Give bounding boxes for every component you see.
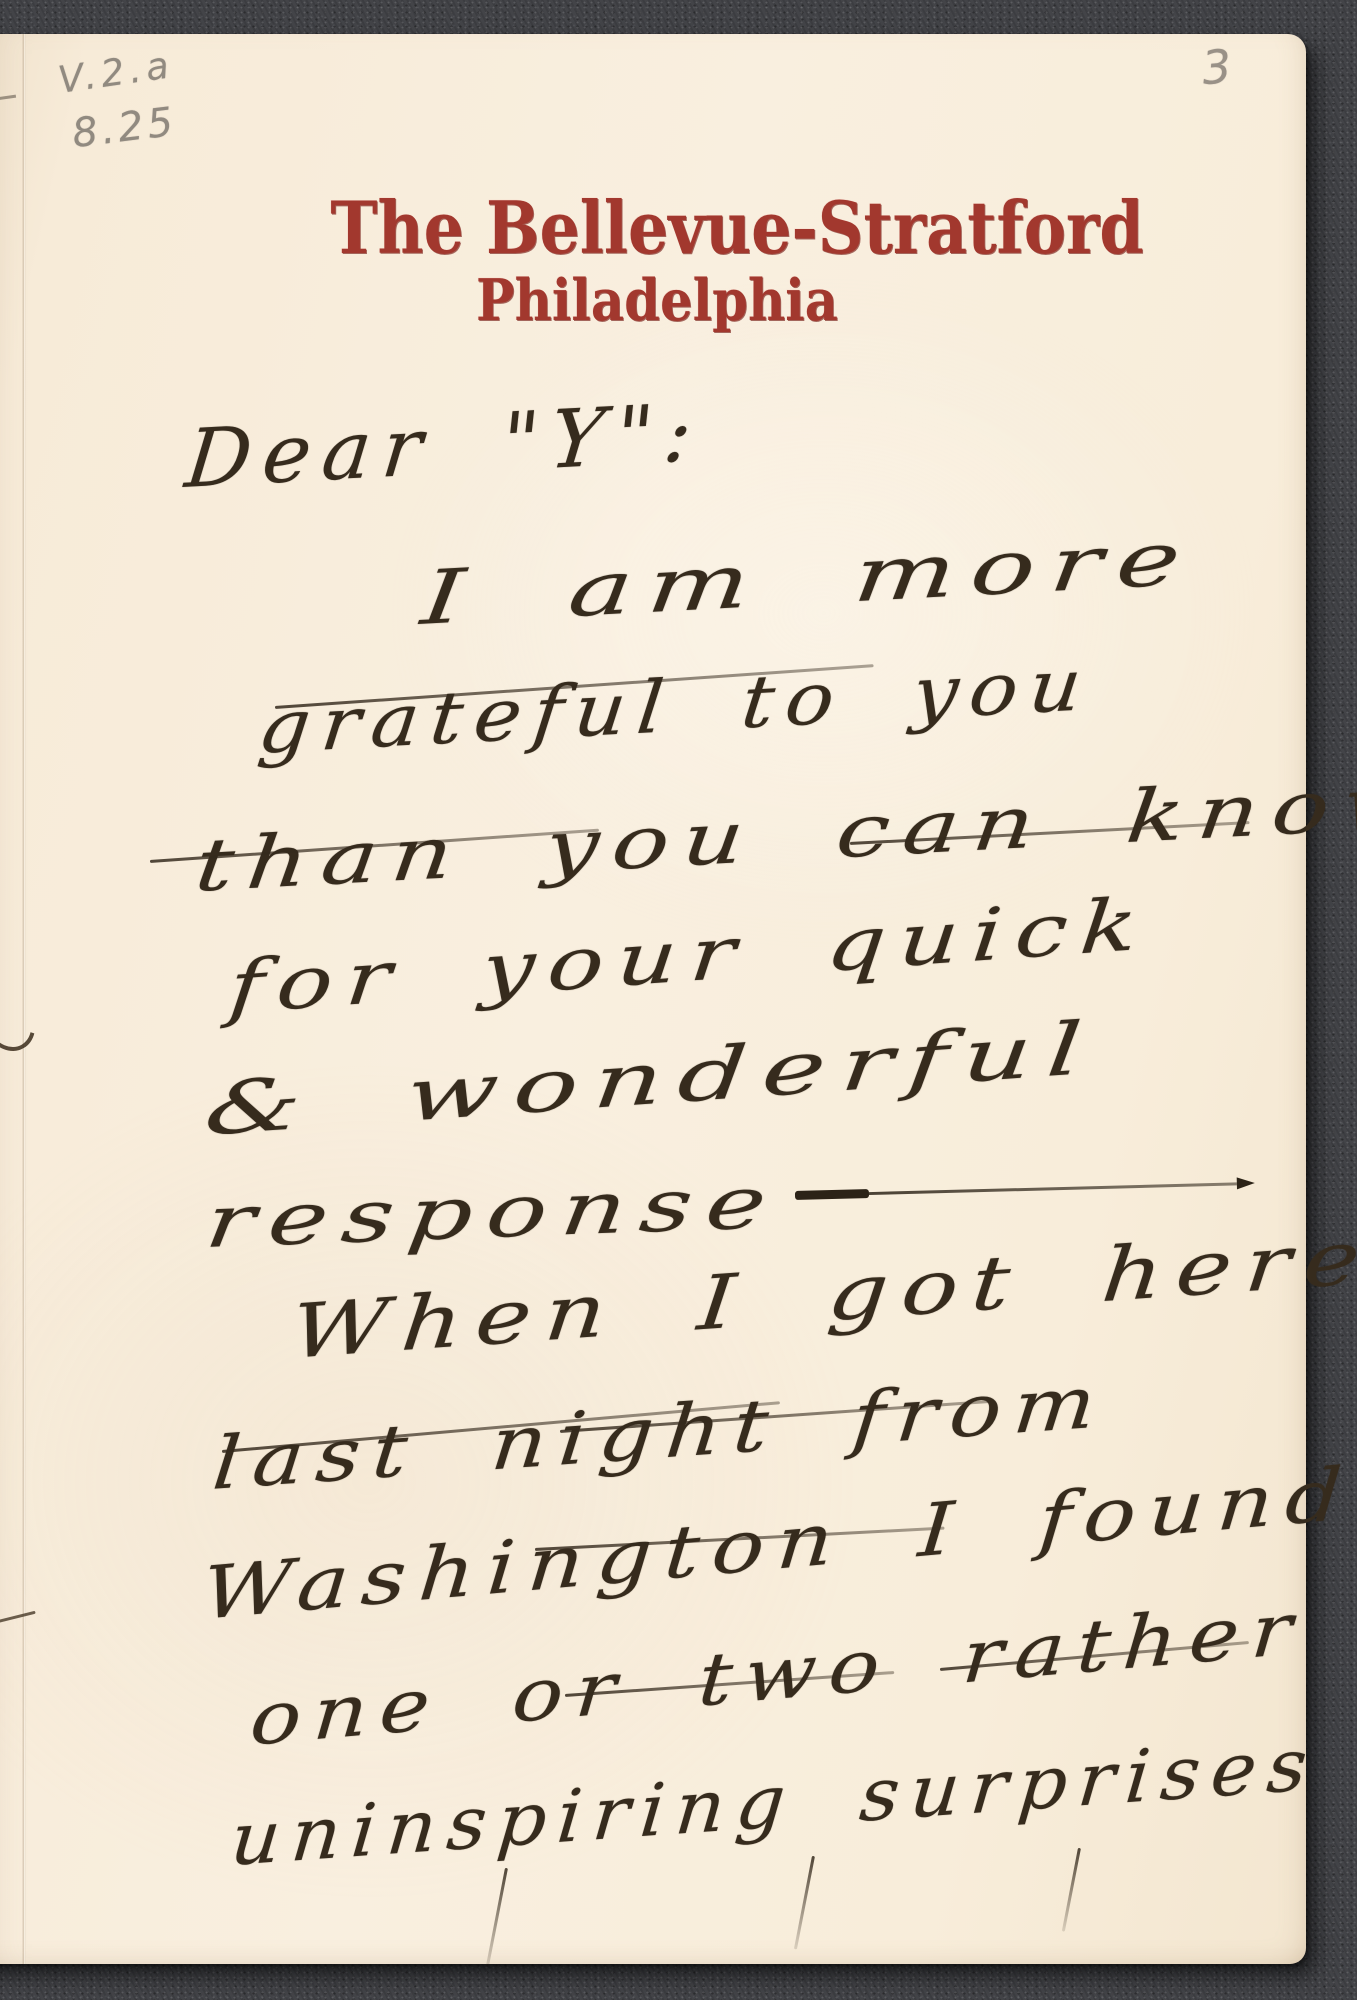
photo-mat-background: V.2.a 8.25 3 The Bellevue-Stratford Phil…: [0, 0, 1357, 2000]
body-line-6: response: [202, 1166, 785, 1258]
letterhead-hotel-name: The Bellevue-Stratford: [330, 192, 1039, 264]
pencil-price-mark: 8.25: [70, 102, 179, 155]
letterhead-city: Philadelphia: [432, 272, 882, 329]
pen-dash-blob: [795, 1189, 869, 1200]
pen-dash-arrowhead: [1237, 1177, 1255, 1189]
pencil-page-number: 3: [1200, 43, 1233, 91]
